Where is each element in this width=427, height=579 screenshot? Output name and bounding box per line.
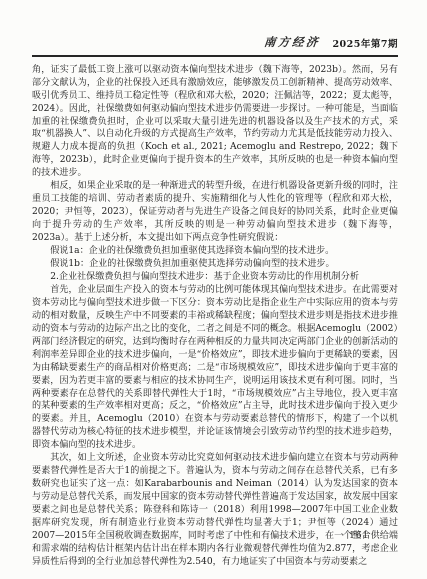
page-number: · 161 ·	[341, 531, 377, 541]
page-footer: · 161 ·	[341, 531, 377, 541]
substitution-elasticity-paragraph: 其次，如上文所述，企业资本劳动比究竟如何驱动技术进步偏向建立在资本与劳动两种要素…	[32, 452, 398, 569]
journal-page: 南方经济 2025年第7期 角，证实了最低工资上涨可以驱动资本偏向型技术进步（魏…	[0, 0, 427, 579]
continued-paragraph: 角，证实了最低工资上涨可以驱动资本偏向型技术进步（魏下海等，2023b）。然而，…	[32, 64, 398, 181]
mechanism-subsection-heading: 2.企业社保缴费负担与偏向型技术进步：基于企业资本劳动比的作用机制分析	[32, 271, 398, 284]
issue-label: 2025年第7期	[332, 36, 398, 50]
hypothesis-1b: 假说1b：企业的社保缴费负担加重驱使其选择劳动偏向型的技术进步。	[32, 258, 398, 271]
hypothesis-1a: 假说1a：企业的社保缴费负担加重驱使其选择资本偏向型的技术进步。	[32, 245, 398, 258]
journal-logo: 南方经济	[264, 34, 322, 50]
page-body: 角，证实了最低工资上涨可以驱动资本偏向型技术进步（魏下海等，2023b）。然而，…	[32, 64, 398, 569]
page-header: 南方经济 2025年第7期	[32, 36, 398, 50]
gradual-upgrade-paragraph: 相反，如果企业采取的是一种渐进式的转型升级，在进行机器设备更新升级的同时，注重员…	[32, 180, 398, 245]
capital-labor-ratio-paragraph: 首先，企业层面生产投入的资本与劳动的比例可能体现其偏向型技术进步。在此需要对资本…	[32, 284, 398, 452]
header-rule	[32, 55, 398, 57]
